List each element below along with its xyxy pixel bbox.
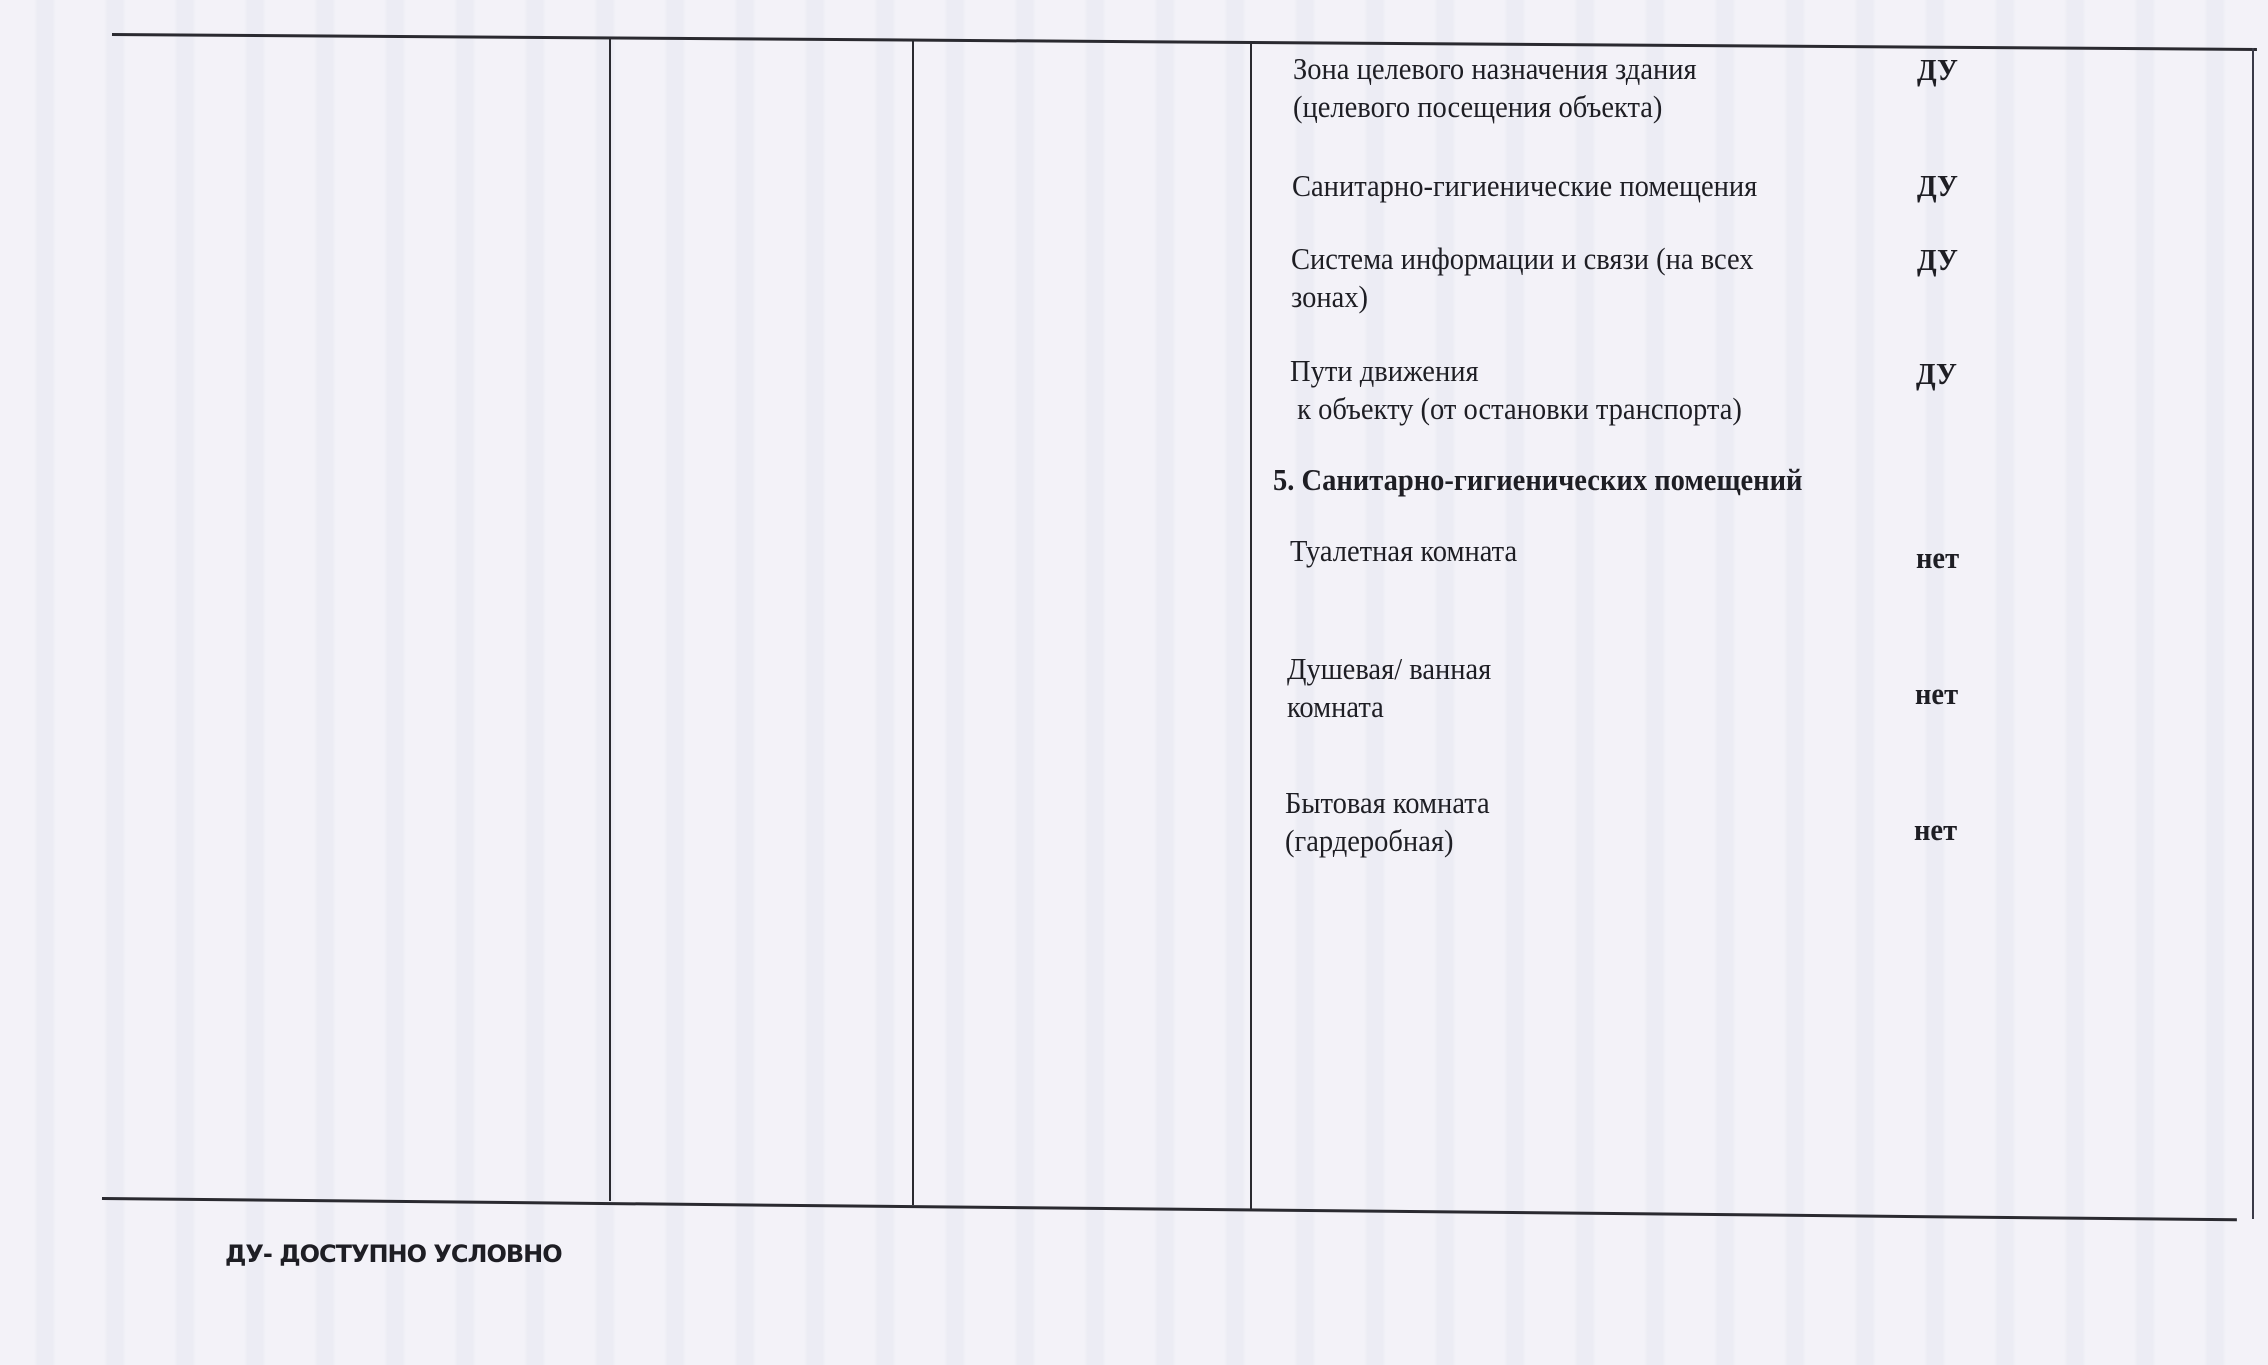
row-value-toilet: нет xyxy=(1916,540,1959,576)
row-value-utility-room: нет xyxy=(1914,812,1957,848)
row-value-target-zone: ДУ xyxy=(1917,52,1958,88)
table-right-border xyxy=(2252,48,2254,1219)
row-label-paths: Пути движения к объекту (от остановки тр… xyxy=(1290,352,1742,428)
row-label-sanitary: Санитарно-гигиенические помещения xyxy=(1292,167,1757,205)
section-5-heading: 5. Санитарно-гигиенических помещений xyxy=(1273,462,1802,498)
row-value-info-system: ДУ xyxy=(1917,242,1958,278)
row-value-shower: нет xyxy=(1915,676,1958,712)
column-divider-3 xyxy=(1250,42,1252,1210)
column-divider-2 xyxy=(912,39,914,1205)
row-label-toilet: Туалетная комната xyxy=(1290,532,1517,570)
abbreviation-legend: ДУ- ДОСТУПНО УСЛОВНО xyxy=(225,1240,562,1268)
row-value-paths: ДУ xyxy=(1916,356,1957,392)
row-label-target-zone: Зона целевого назначения здания (целевог… xyxy=(1293,50,1697,126)
row-label-utility-room: Бытовая комната (гардеробная) xyxy=(1285,784,1490,860)
column-divider-1 xyxy=(609,37,611,1201)
table-bottom-border xyxy=(102,1197,2237,1221)
row-label-shower: Душевая/ ванная комната xyxy=(1287,650,1491,726)
row-label-info-system: Система информации и связи (на всех зона… xyxy=(1291,240,1754,316)
table-top-border xyxy=(112,33,2257,51)
row-value-sanitary: ДУ xyxy=(1917,168,1958,204)
